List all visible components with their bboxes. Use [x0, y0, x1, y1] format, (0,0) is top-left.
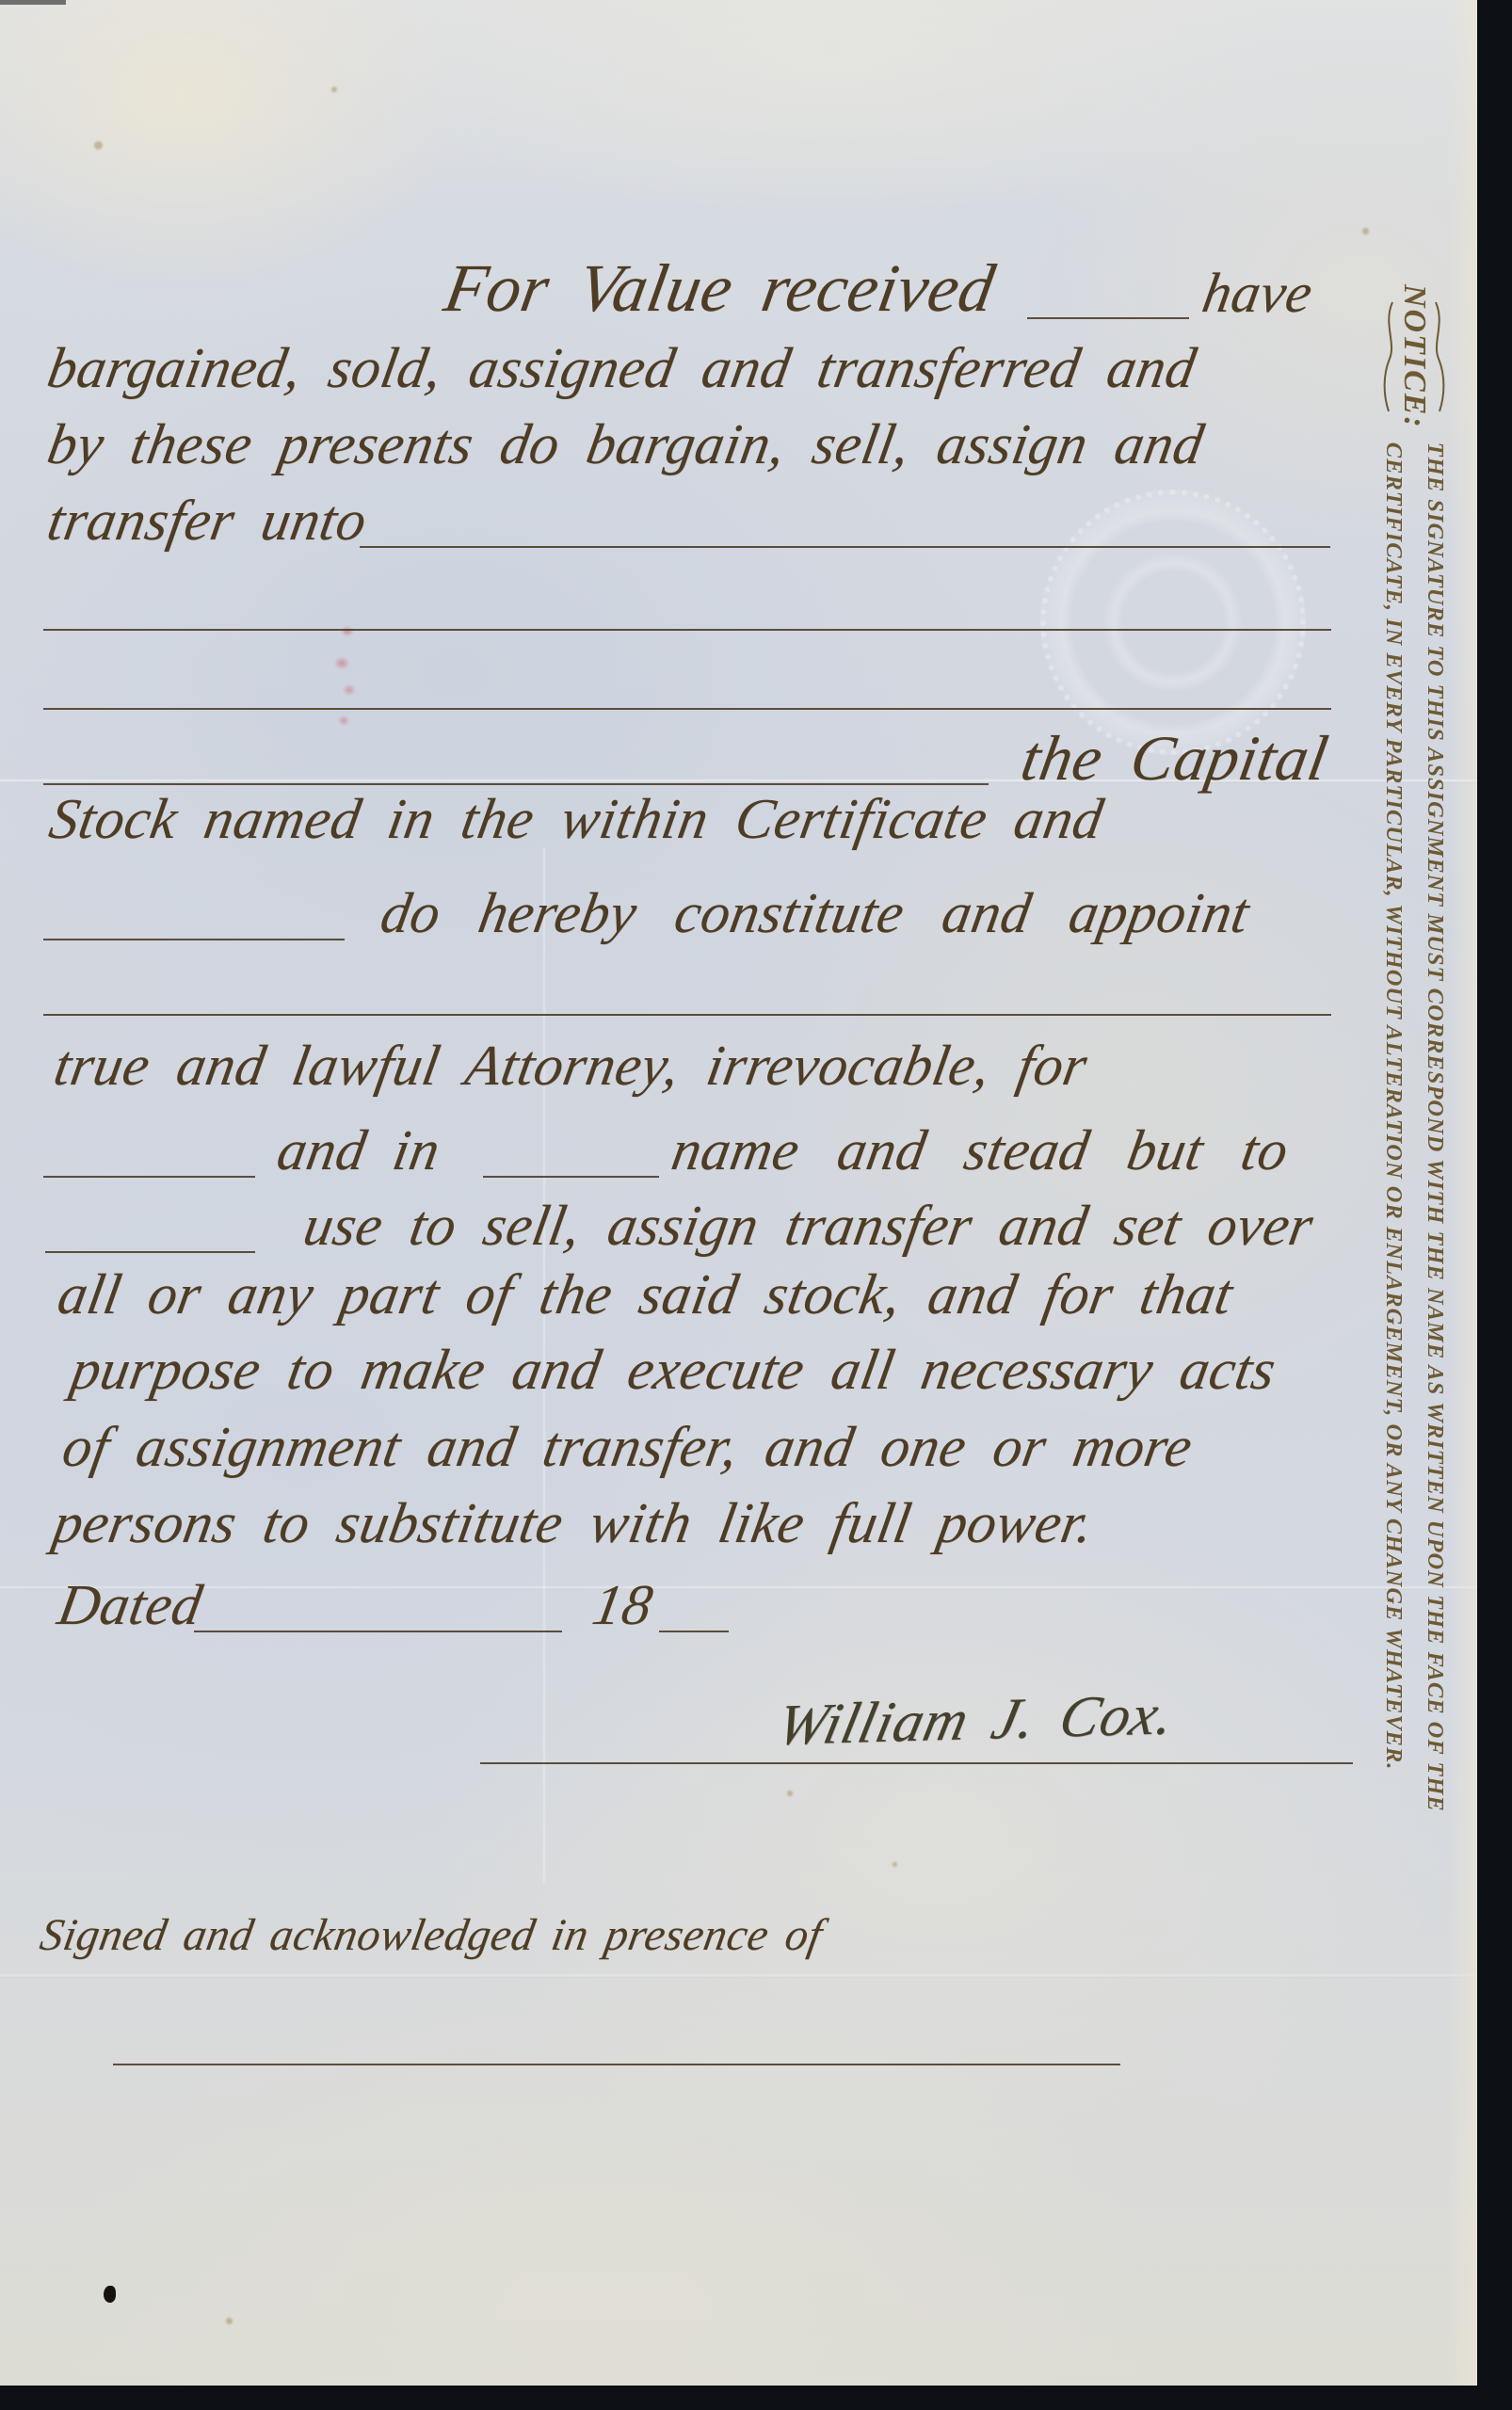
dated-label: Dated	[54, 1577, 206, 1634]
constitute-line: do hereby constitute and appoint	[377, 885, 1254, 942]
paper-edge-highlight	[1448, 0, 1478, 2410]
signature-rule	[480, 1762, 1353, 1764]
scan-edge-top-left	[0, 0, 66, 5]
year-rule	[659, 1631, 729, 1632]
notice-label: NOTICE:	[1398, 284, 1430, 429]
blank-rule	[45, 1251, 255, 1253]
notice-line-2: CERTIFICATE, IN EVERY PARTICULAR, WITHOU…	[1373, 442, 1414, 1812]
foxing-spot	[226, 2318, 233, 2324]
foxing-spot	[787, 1791, 793, 1796]
notice-head: NOTICE:	[1383, 284, 1445, 429]
fold-crease	[0, 1973, 1512, 1978]
blank-rule	[43, 939, 345, 940]
red-stain	[328, 617, 363, 739]
ink-spot	[104, 2286, 116, 2303]
margin-notice: NOTICE: THE SIGNATURE TO THIS ASSIGNMENT…	[1370, 284, 1458, 1941]
name-stead-line: name and stead but to	[668, 1122, 1293, 1180]
paper-sheet: For Value received have bargained, sold,…	[0, 0, 1512, 2410]
witness-rule	[113, 2064, 1120, 2065]
notice-text: THE SIGNATURE TO THIS ASSIGNMENT MUST CO…	[1373, 442, 1456, 1812]
blank-rule	[360, 546, 1330, 548]
and-in-text: and in	[273, 1122, 444, 1180]
scan-edge-bottom	[0, 2386, 1512, 2410]
year-prefix: 18	[588, 1577, 657, 1634]
holder-signature: William J. Cox.	[772, 1685, 1181, 1755]
foxing-spot	[1362, 228, 1369, 234]
transfer-unto-line: transfer unto	[43, 492, 371, 550]
blank-rule	[43, 629, 1331, 631]
blank-rule	[1027, 317, 1189, 319]
capital-line: the Capital	[1017, 726, 1333, 790]
scanned-document: For Value received have bargained, sold,…	[0, 0, 1512, 2410]
foxing-spot	[893, 1862, 897, 1867]
dated-rule	[194, 1631, 562, 1632]
flourish-icon	[1432, 300, 1445, 413]
all-or-any-line: all or any part of the said stock, and f…	[54, 1266, 1237, 1324]
opening-line: For Value received	[440, 254, 1000, 322]
stock-line: Stock named in the within Certificate an…	[45, 791, 1107, 848]
attorney-line: true and lawful Attorney, irrevocable, f…	[50, 1037, 1091, 1095]
opening-suffix: have	[1198, 265, 1317, 321]
embossed-seal	[1040, 490, 1306, 755]
blank-rule	[43, 708, 1331, 710]
bargained-line: bargained, sold, assigned and transferre…	[43, 340, 1200, 397]
purpose-line: purpose to make and execute all necessar…	[67, 1342, 1280, 1399]
assignment-line: of assignment and transfer, and one or m…	[58, 1419, 1197, 1476]
blank-rule	[43, 783, 989, 785]
foxing-spot	[94, 141, 103, 150]
witness-clause: Signed and acknowledged in presence of	[37, 1913, 826, 1958]
scan-edge-right	[1477, 0, 1512, 2410]
flourish-icon	[1383, 300, 1396, 413]
presents-line: by these presents do bargain, sell, assi…	[43, 416, 1208, 474]
blank-rule	[483, 1176, 659, 1178]
blank-rule	[43, 1176, 255, 1178]
fold-crease	[0, 1585, 1512, 1590]
foxing-spot	[331, 87, 337, 92]
persons-line: persons to substitute with like full pow…	[49, 1495, 1098, 1552]
blank-rule	[43, 1014, 1331, 1016]
use-to-sell-line: use to sell, assign transfer and set ove…	[299, 1197, 1317, 1255]
